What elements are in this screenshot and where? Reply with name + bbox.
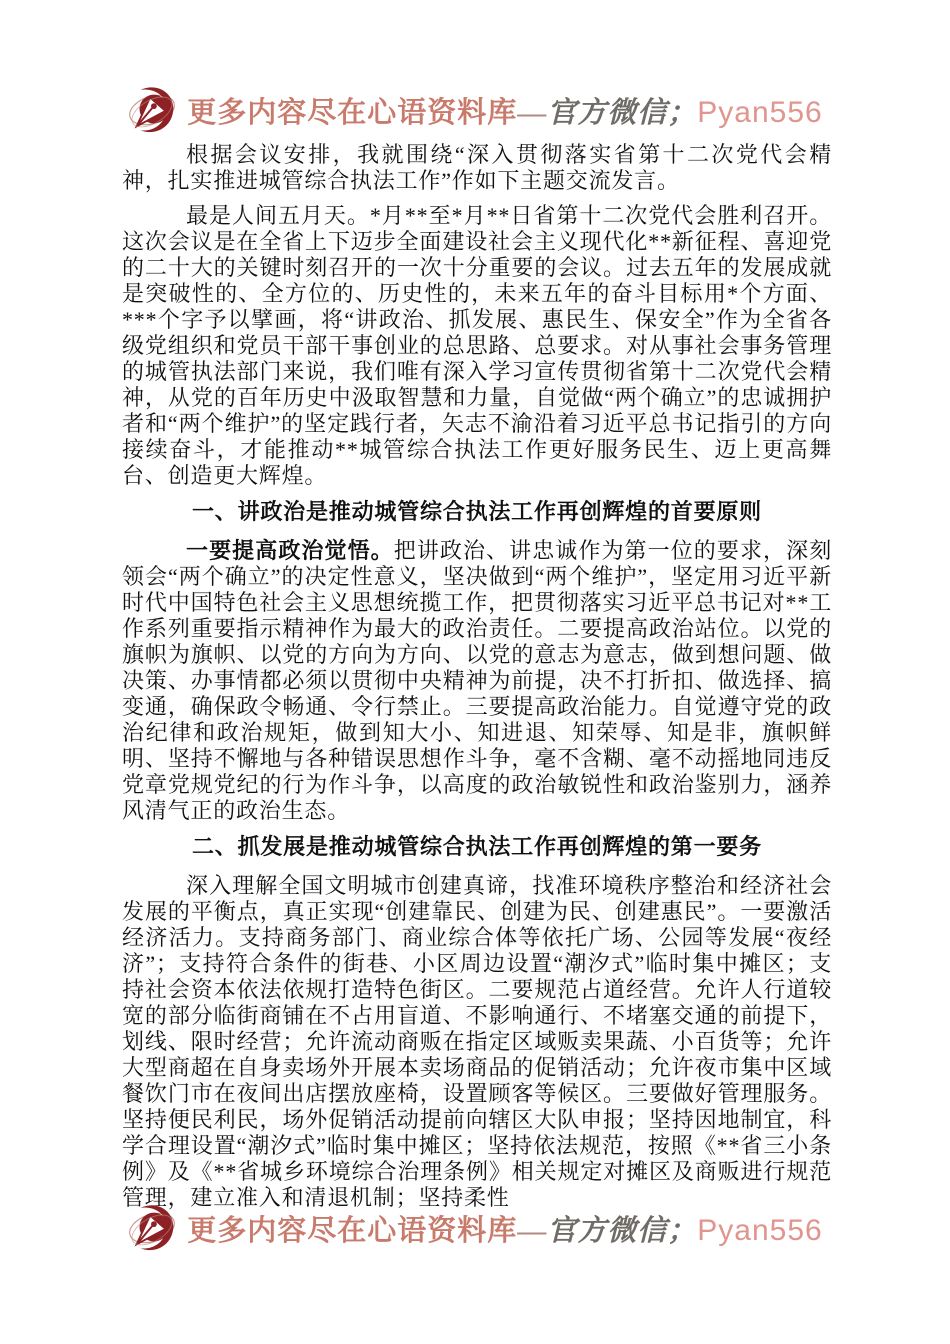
section-heading: 一、讲政治是推动城管综合执法工作再创辉煌的首要原则 (122, 498, 832, 526)
paragraph: 深入理解全国文明城市创建真谛，找准环境秩序整治和经济社会发展的平衡点，真正实现“… (122, 873, 832, 1211)
watermark-wechat-account: Pyan556 (697, 96, 822, 129)
watermark-text: 更多内容尽在心语资料库—官方微信；Pyan556 (187, 90, 822, 131)
bold-text-segment: 一要提高政治觉悟。 (186, 538, 394, 563)
text-segment: 深入理解全国文明城市创建真谛，找准环境秩序整治和经济社会发展的平衡点，真正实现“… (122, 873, 832, 1210)
header-watermark: 更多内容尽在心语资料库—官方微信；Pyan556 (0, 84, 950, 136)
bold-text-segment: 二、抓发展是推动城管综合执法工作再创辉煌的第一要务 (192, 834, 762, 859)
paragraph: 最是人间五月天。*月**至*月**日省第十二次党代会胜利召开。这次会议是在全省上… (122, 203, 832, 489)
bold-text-segment: 一、讲政治是推动城管综合执法工作再创辉煌的首要原则 (192, 499, 762, 524)
section-heading: 二、抓发展是推动城管综合执法工作再创辉煌的第一要务 (122, 833, 832, 861)
paragraph: 根据会议安排，我就围绕“深入贯彻落实省第十二次党代会精神，扎实推进城管综合执法工… (122, 142, 832, 194)
document-body: 根据会议安排，我就围绕“深入贯彻落实省第十二次党代会精神，扎实推进城管综合执法工… (122, 142, 832, 1220)
watermark-main-text: 更多内容尽在心语资料库 (187, 97, 517, 129)
watermark-dash: — (517, 97, 547, 129)
text-segment: 把讲政治、讲忠诚作为第一位的要求，深刻领会“两个确立”的决定性意义，坚决做到“两… (122, 538, 832, 823)
pen-nib-swoosh-logo-icon (127, 84, 177, 136)
paragraph: 一要提高政治觉悟。把讲政治、讲忠诚作为第一位的要求，深刻领会“两个确立”的决定性… (122, 538, 832, 824)
watermark-wechat-label: 官方微信； (547, 97, 697, 129)
document-page: 更多内容尽在心语资料库—官方微信；Pyan556 根据会议安排，我就围绕“深入贯… (0, 0, 950, 1344)
text-segment: 根据会议安排，我就围绕“深入贯彻落实省第十二次党代会精神，扎实推进城管综合执法工… (122, 142, 832, 193)
text-segment: 最是人间五月天。*月**至*月**日省第十二次党代会胜利召开。这次会议是在全省上… (122, 203, 832, 488)
